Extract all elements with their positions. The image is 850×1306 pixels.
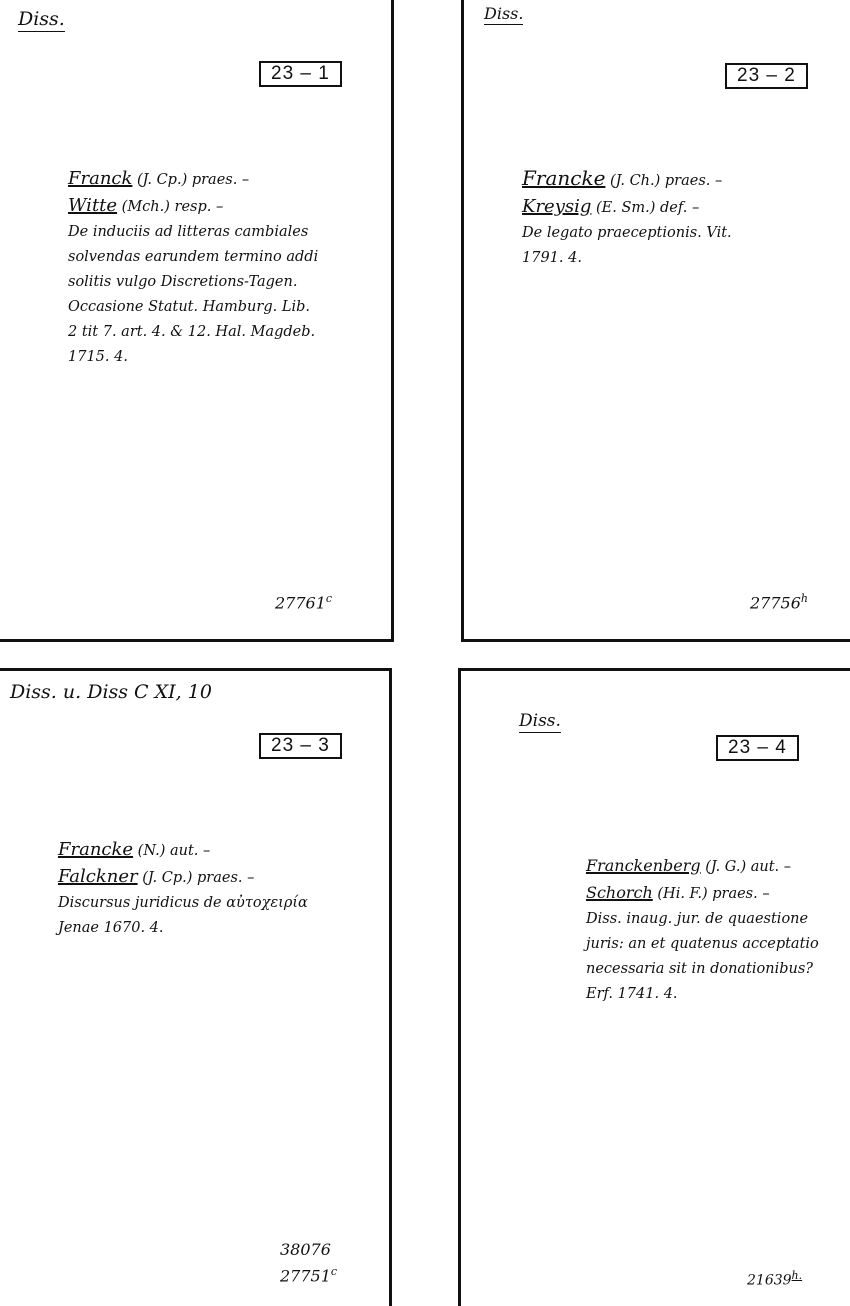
catalog-card-4: Diss. 23 – 4 Franckenberg (J. G.) aut. –… [458,668,850,1306]
title-line: Diss. inaug. jur. de quaestione [586,907,819,932]
respondent-role: (E. Sm.) def. – [591,200,699,216]
card-text: Francke (N.) aut. – Falckner (J. Cp.) pr… [58,837,308,941]
title-line: De legato praeceptionis. Vit. [522,221,732,246]
respondent-name: Kreysig [522,196,591,217]
call-number-value: 27761 [275,593,326,612]
title-line: Occasione Statut. Hamburg. Lib. [68,295,318,320]
author-role: (J. Ch.) praes. – [605,173,722,189]
call-number-suffix: h. [792,1269,803,1282]
title-line: necessaria sit in donationibus? [586,957,819,982]
title-line: De induciis ad litteras cambiales [68,220,318,245]
imprint-line: 1791. 4. [522,246,732,271]
imprint-line: 1715. 4. [68,345,318,370]
category-label: Diss. [484,4,523,25]
catalog-card-2: Diss. 23 – 2 Francke (J. Ch.) praes. – K… [461,0,850,642]
category-label: Diss. u. Diss C XI, 10 [10,681,212,703]
category-label: Diss. [18,8,65,32]
call-number-suffix: h [801,592,808,605]
catalog-card-1: Diss. 23 – 1 Franck (J. Cp.) praes. – Wi… [0,0,394,642]
praeses-name: Schorch [586,883,653,902]
respondent-name: Witte [68,195,117,216]
imprint-line: Jenae 1670. 4. [58,916,308,941]
author-role: (J. Cp.) praes. – [132,172,249,188]
card-text: Franck (J. Cp.) praes. – Witte (Mch.) re… [68,166,318,370]
author-name: Franck [68,168,132,189]
card-id-box: 23 – 4 [716,735,799,761]
author-name: Francke [58,839,133,860]
call-number-suffix: c [331,1265,337,1278]
praeses-name: Falckner [58,866,138,887]
call-number-value: 27751 [280,1266,331,1285]
call-number: 27756h [750,592,808,612]
category-label: Diss. [519,711,561,733]
catalog-card-3: Diss. u. Diss C XI, 10 23 – 3 Francke (N… [0,668,392,1306]
call-number-value: 38076 [280,1239,337,1261]
title-line: Discursus juridicus de αὐτοχειρία [58,891,308,916]
gap-vertical [394,0,461,1306]
author-name: Francke [522,166,605,190]
title-line: solvendas earundem termino addi [68,245,318,270]
title-line: juris: an et quatenus acceptatio [586,932,819,957]
praeses-role: (J. Cp.) praes. – [138,870,255,886]
praeses-role: (Hi. F.) praes. – [653,886,770,902]
title-line: solitis vulgo Discretions-Tagen. [68,270,318,295]
card-id-box: 23 – 3 [259,733,342,759]
card-id-box: 23 – 2 [725,63,808,89]
imprint-line: 2 tit 7. art. 4. & 12. Hal. Magdeb. [68,320,318,345]
call-number: 27761c [275,592,332,612]
imprint-line: Erf. 1741. 4. [586,982,819,1007]
author-role: (N.) aut. – [133,843,210,859]
card-text: Franckenberg (J. G.) aut. – Schorch (Hi.… [586,853,819,1007]
author-role: (J. G.) aut. – [701,859,791,875]
author-name: Franckenberg [586,856,701,875]
respondent-role: (Mch.) resp. – [117,199,223,215]
card-text: Francke (J. Ch.) praes. – Kreysig (E. Sm… [522,166,732,271]
call-number-suffix: c [326,592,332,605]
card-id-box: 23 – 1 [259,61,342,87]
call-number-value: 21639 [747,1273,792,1289]
call-number: 21639h. [747,1269,802,1289]
call-number-value: 27756 [750,593,801,612]
call-numbers: 38076 27751c [280,1239,337,1287]
